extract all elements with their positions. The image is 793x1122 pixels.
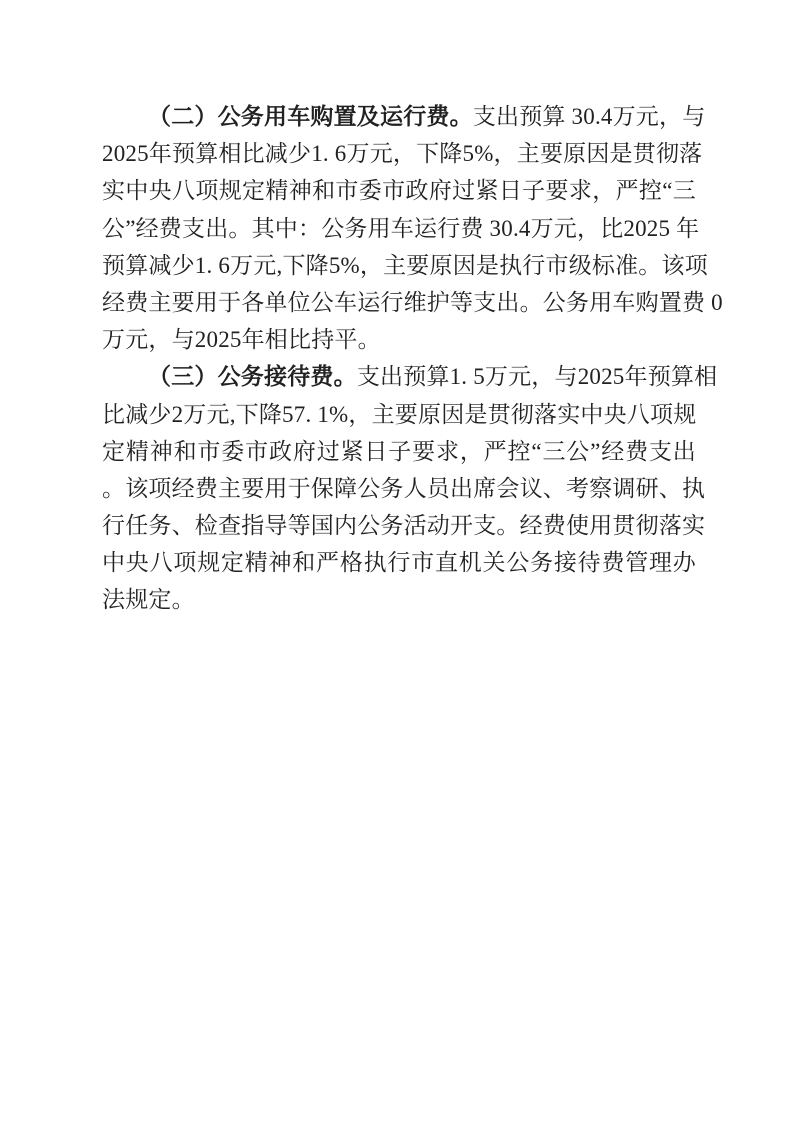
text-line: 预算减少1. 6万元,下降5%，主要原因是执行市级标准。该项 (102, 247, 696, 284)
text-line: 万元，与2025年相比持平。 (102, 321, 696, 358)
text-line: 经费主要用于各单位公车运行维护等支出。公务用车购置费 0 (102, 284, 696, 321)
paragraph-text: 支出预算1. 5万元，与2025年预算相 (357, 364, 718, 389)
paragraph-text: 2025年预算相比减少1. 6万元，下降5%，主要原因是贯彻落 (102, 141, 702, 166)
document-page: （二）公务用车购置及运行费。支出预算 30.4万元，与2025年预算相比减少1.… (0, 0, 793, 1122)
text-line: 实中央八项规定精神和市委市政府过紧日子要求，严控“三 (102, 172, 696, 209)
paragraph-text: 定精神和市委市政府过紧日子要求，严控“三公”经费支出 (102, 439, 696, 464)
paragraph-text: 公”经费支出。其中：公务用车运行费 30.4万元，比2025 年 (102, 216, 699, 241)
text-line: （二）公务用车购置及运行费。支出预算 30.4万元，与 (102, 98, 696, 135)
text-line: 法规定。 (102, 581, 696, 618)
text-line: 2025年预算相比减少1. 6万元，下降5%，主要原因是贯彻落 (102, 135, 696, 172)
text-line: 。该项经费主要用于保障公务人员出席会议、考察调研、执 (102, 470, 696, 507)
text-line: 中央八项规定精神和严格执行市直机关公务接待费管理办 (102, 544, 696, 581)
paragraph-text: 经费主要用于各单位公车运行维护等支出。公务用车购置费 0 (102, 290, 723, 315)
text-line: 公”经费支出。其中：公务用车运行费 30.4万元，比2025 年 (102, 210, 696, 247)
text-line: 比减少2万元,下降57. 1%，主要原因是贯彻落实中央八项规 (102, 396, 696, 433)
paragraph-text: 法规定。 (102, 587, 195, 612)
document-body: （二）公务用车购置及运行费。支出预算 30.4万元，与2025年预算相比减少1.… (102, 98, 696, 619)
paragraph-text: 支出预算 30.4万元，与 (473, 104, 706, 129)
paragraph-heading: （三）公务接待费。 (148, 364, 357, 389)
text-line: 行任务、检查指导等国内公务活动开支。经费使用贯彻落实 (102, 507, 696, 544)
paragraph-text: 。该项经费主要用于保障公务人员出席会议、考察调研、执 (102, 476, 705, 501)
paragraph-text: 中央八项规定精神和严格执行市直机关公务接待费管理办 (102, 550, 696, 575)
paragraph-text: 预算减少1. 6万元,下降5%，主要原因是执行市级标准。该项 (102, 253, 708, 278)
paragraph-text: 比减少2万元,下降57. 1%，主要原因是贯彻落实中央八项规 (102, 402, 696, 427)
paragraph-text: 万元，与2025年相比持平。 (102, 327, 381, 352)
text-line: （三）公务接待费。支出预算1. 5万元，与2025年预算相 (102, 358, 696, 395)
text-line: 定精神和市委市政府过紧日子要求，严控“三公”经费支出 (102, 433, 696, 470)
paragraph-text: 实中央八项规定精神和市委市政府过紧日子要求，严控“三 (102, 178, 696, 203)
paragraph-heading: （二）公务用车购置及运行费。 (148, 104, 473, 129)
paragraph-text: 行任务、检查指导等国内公务活动开支。经费使用贯彻落实 (102, 513, 705, 538)
